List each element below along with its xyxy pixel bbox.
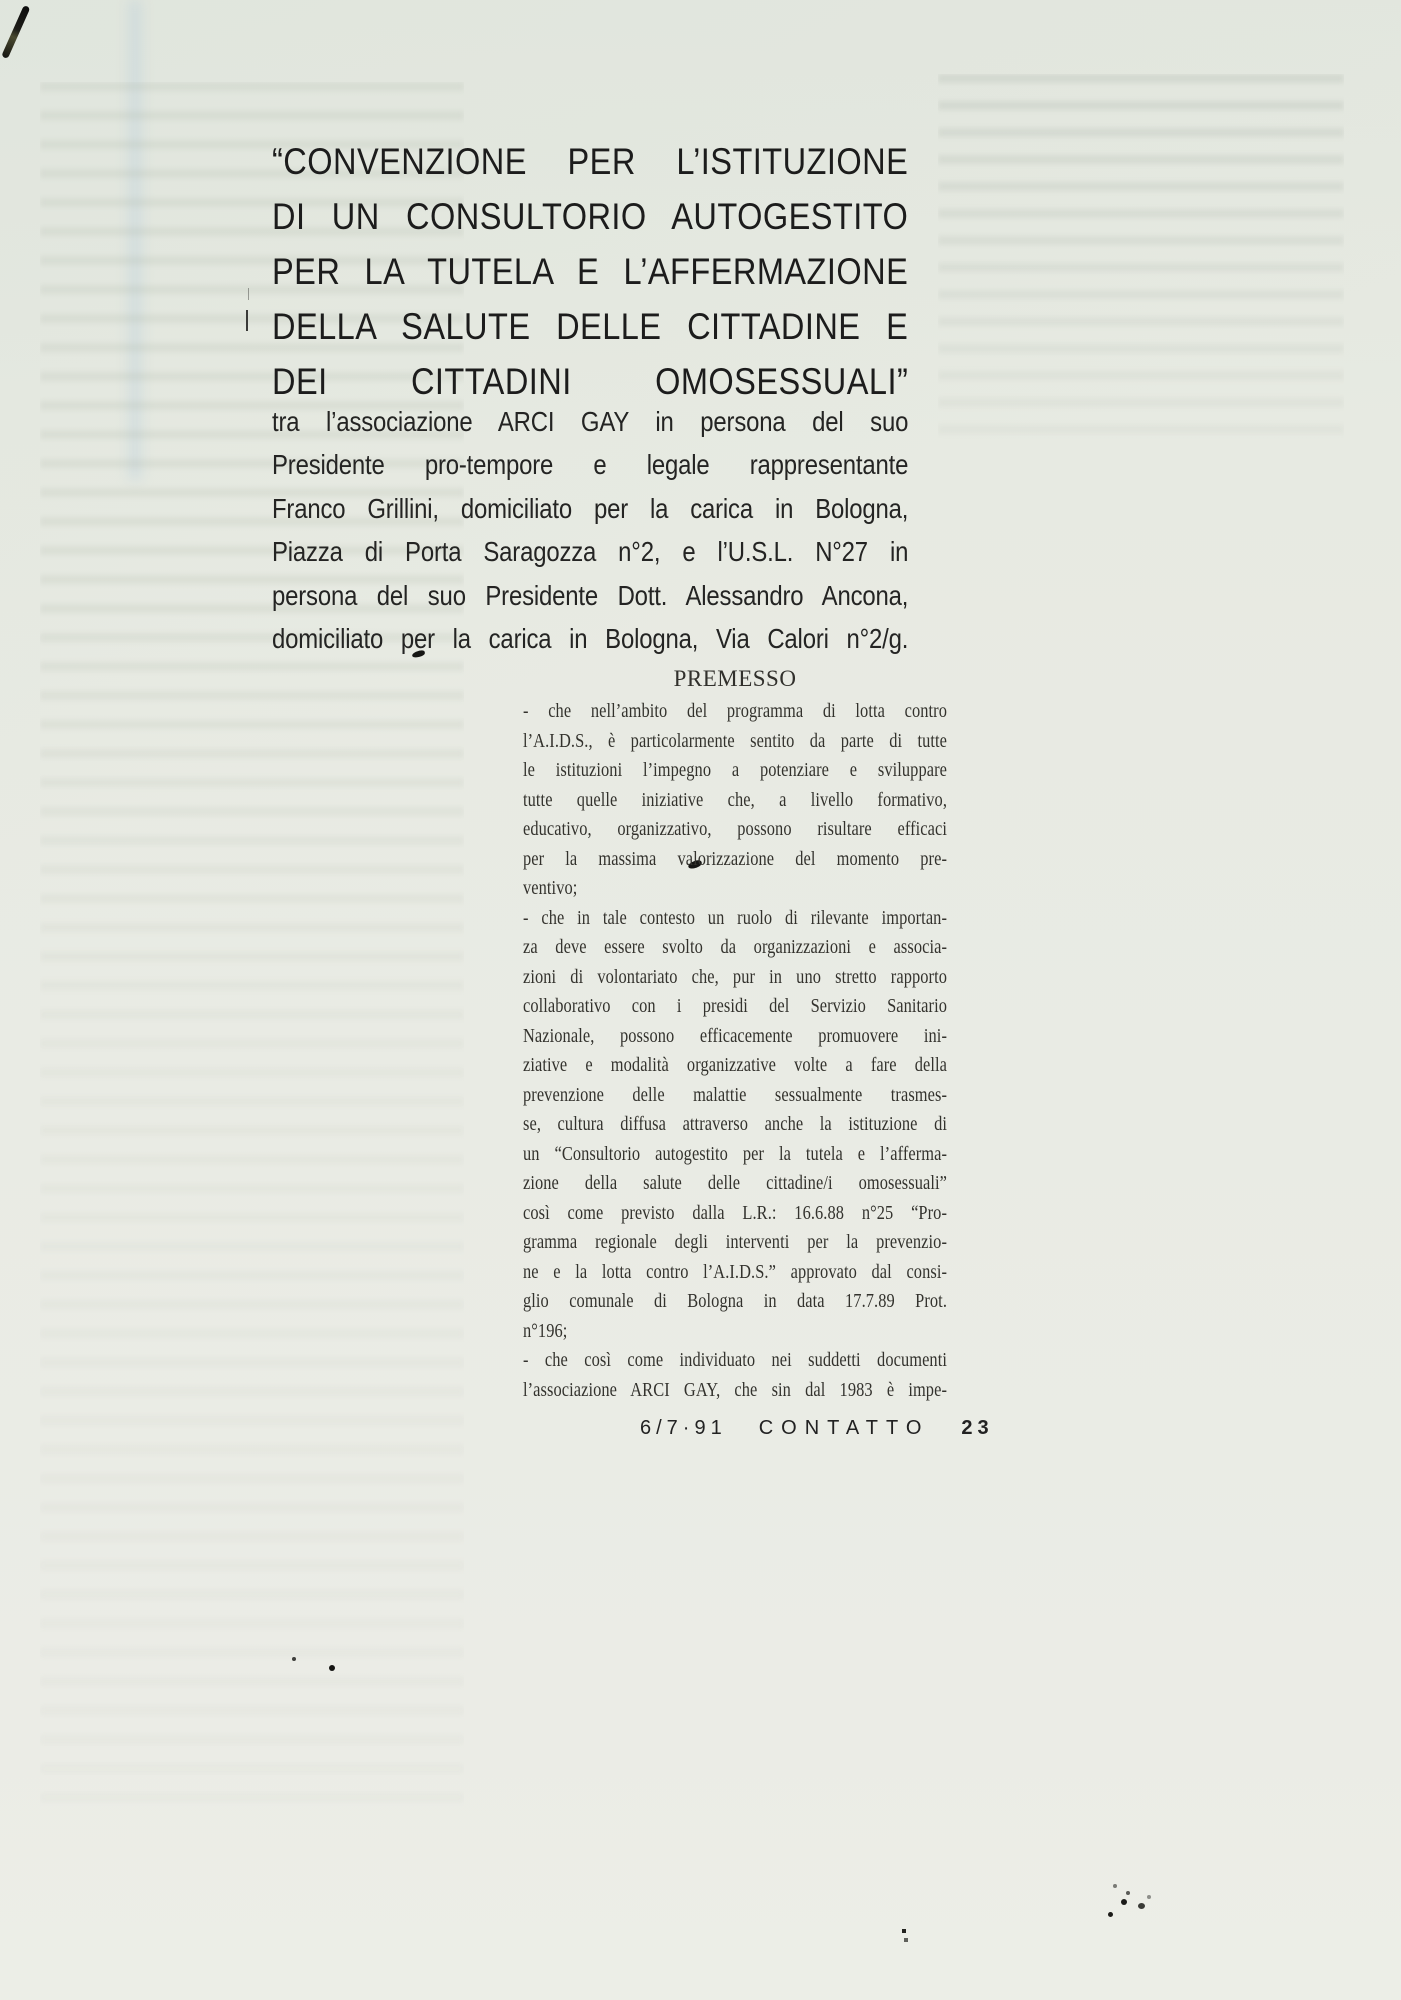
ink-dot [1126, 1891, 1130, 1895]
margin-tick-mark [246, 310, 248, 331]
footer-issue-date: 6/7·91 [640, 1417, 727, 1440]
body-text-line: - che nell’ambito del programma di lotta… [523, 697, 947, 727]
intro-line: domiciliato per la carica in Bologna, Vi… [272, 617, 908, 660]
ink-dot [1121, 1899, 1127, 1905]
ink-dot [1113, 1884, 1117, 1888]
title-line: PER LA TUTELA E L’AFFERMAZIONE [272, 244, 908, 299]
margin-tick-mark-faint [248, 288, 249, 300]
body-text-line: l’associazione ARCI GAY, che sin dal 198… [523, 1376, 947, 1406]
body-text-line: educativo, organizzativo, possono risult… [523, 815, 947, 845]
body-text-line: ne e la lotta contro l’A.I.D.S.” approva… [523, 1258, 947, 1288]
page-footer: 6/7·91 CONTATTO 23 [640, 1417, 994, 1440]
ink-dot [329, 1665, 335, 1671]
body-text-line: ventivo; [523, 874, 947, 904]
footer-page-number: 23 [961, 1417, 993, 1440]
intro-line: Franco Grillini, domiciliato per la cari… [272, 487, 908, 530]
body-text-line: glio comunale di Bologna in data 17.7.89… [523, 1287, 947, 1317]
intro-line: Presidente pro-tempore e legale rapprese… [272, 443, 908, 486]
article-title: “CONVENZIONE PER L’ISTITUZIONEDI UN CONS… [272, 134, 908, 409]
body-text-line: Nazionale, possono efficacemente promuov… [523, 1022, 947, 1052]
body-text-line: zioni di volontariato che, pur in uno st… [523, 963, 947, 993]
body-text-line: n°196; [523, 1317, 947, 1347]
body-text-line: l’A.I.D.S., è particolarmente sentito da… [523, 727, 947, 757]
title-line: DELLA SALUTE DELLE CITTADINE E [272, 299, 908, 354]
pen-stroke-mark [1, 5, 30, 59]
article-intro: tra l’associazione ARCI GAY in persona d… [272, 400, 908, 660]
body-text-line: per la massima valorizzazione del moment… [523, 845, 947, 875]
bleedthrough-text-right [938, 74, 1344, 452]
ink-dot [1108, 1912, 1113, 1917]
body-text-line: le istituzioni l’impegno a potenziare e … [523, 756, 947, 786]
body-text-line: za deve essere svolto da organizzazioni … [523, 933, 947, 963]
body-text-line: se, cultura diffusa attraverso anche la … [523, 1110, 947, 1140]
body-text-line: un “Consultorio autogestito per la tutel… [523, 1140, 947, 1170]
footer-magazine-name: CONTATTO [759, 1417, 930, 1440]
ink-dot [1138, 1903, 1145, 1909]
title-line: DI UN CONSULTORIO AUTOGESTITO [272, 189, 908, 244]
scanner-streak [128, 0, 142, 480]
body-text-line: prevenzione delle malattie sessualmente … [523, 1081, 947, 1111]
ink-dot [1147, 1895, 1151, 1899]
intro-line: tra l’associazione ARCI GAY in persona d… [272, 400, 908, 443]
body-text-line: collaborativo con i presidi del Servizio… [523, 992, 947, 1022]
ink-colon-mark [902, 1929, 908, 1943]
body-text-line: ziative e modalità organizzative volte a… [523, 1051, 947, 1081]
body-text-line: così come previsto dalla L.R.: 16.6.88 n… [523, 1199, 947, 1229]
article-body: - che nell’ambito del programma di lotta… [523, 697, 947, 1405]
ink-dot [292, 1657, 296, 1661]
intro-line: Piazza di Porta Saragozza n°2, e l’U.S.L… [272, 530, 908, 573]
body-text-line: - che così come individuato nei suddetti… [523, 1346, 947, 1376]
body-text-line: - che in tale contesto un ruolo di rilev… [523, 904, 947, 934]
body-text-line: zione della salute delle cittadine/i omo… [523, 1169, 947, 1199]
scanned-magazine-page: “CONVENZIONE PER L’ISTITUZIONEDI UN CONS… [0, 0, 1401, 2000]
title-line: “CONVENZIONE PER L’ISTITUZIONE [272, 134, 908, 189]
intro-line: persona del suo Presidente Dott. Alessan… [272, 574, 908, 617]
body-text-line: tutte quelle iniziative che, a livello f… [523, 786, 947, 816]
body-text-line: gramma regionale degli interventi per la… [523, 1228, 947, 1258]
section-heading-premesso: PREMESSO [523, 664, 947, 693]
